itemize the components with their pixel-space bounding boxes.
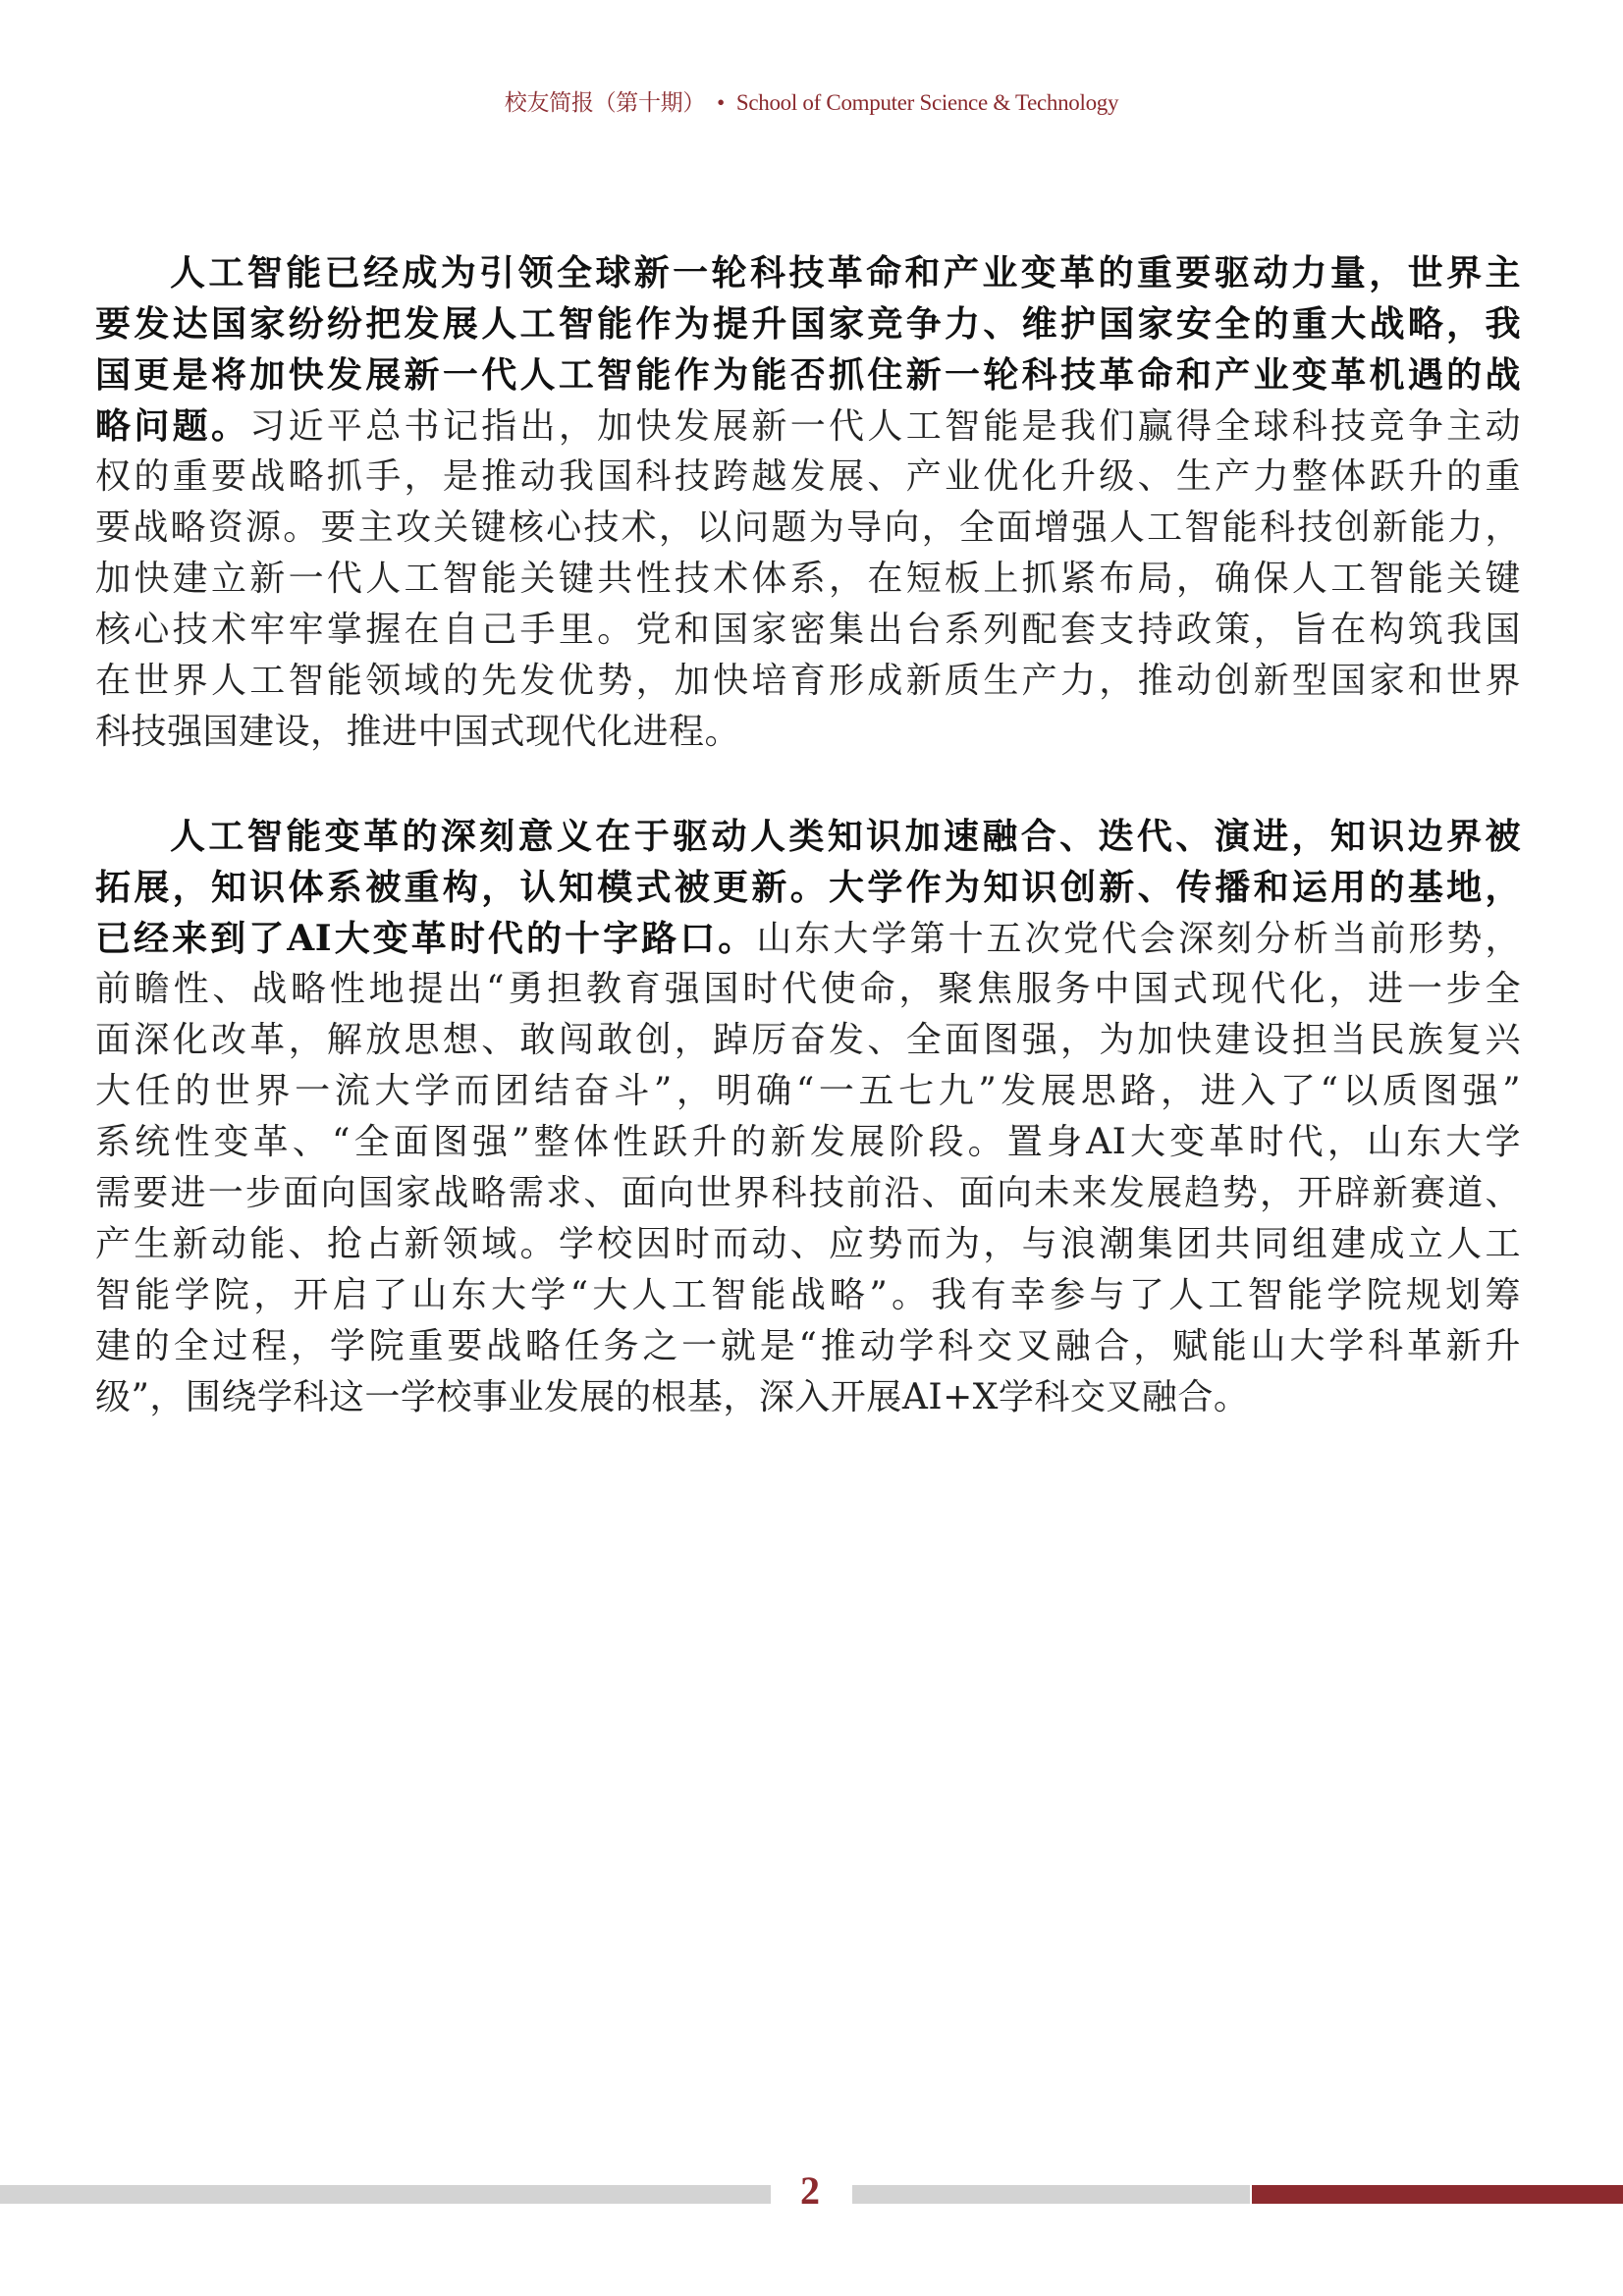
body-text: 科技强国建设，推进中国式现代化进程。: [95, 712, 740, 752]
text-line: 略问题。习近平总书记指出，加快发展新一代人工智能是我们赢得全球科技竞争主动: [95, 400, 1521, 452]
text-line: 要战略资源。要主攻关键核心技术，以问题为导向，全面增强人工智能科技创新能力，: [95, 503, 1521, 554]
body-text: 建的全过程，学院重要战略任务之一就是“推动学科交叉融合，赋能山大学科革新升: [95, 1326, 1521, 1366]
footer-bar-middle: [852, 2185, 1250, 2204]
emphasized-text: 拓展，知识体系被重构，认知模式被更新。大学作为知识创新、传播和运用的基地，: [95, 867, 1521, 908]
footer-bar-left: [0, 2185, 771, 2204]
text-line: 已经来到了AI大变革时代的十字路口。山东大学第十五次党代会深刻分析当前形势，: [95, 913, 1521, 964]
body-text: 加快建立新一代人工智能关键共性技术体系，在短板上抓紧布局，确保人工智能关键: [95, 559, 1521, 599]
emphasized-text: 国更是将加快发展新一代人工智能作为能否抓住新一轮科技革命和产业变革机遇的战: [95, 354, 1521, 396]
text-line: 国更是将加快发展新一代人工智能作为能否抓住新一轮科技革命和产业变革机遇的战: [95, 349, 1521, 400]
emphasized-text: 人工智能已经成为引领全球新一轮科技革命和产业变革的重要驱动力量，世界主: [170, 252, 1521, 294]
text-line: 级”，围绕学科这一学校事业发展的根基，深入开展AI+X学科交叉融合。: [95, 1372, 1521, 1423]
page-footer: 2: [0, 2167, 1623, 2226]
text-line: 拓展，知识体系被重构，认知模式被更新。大学作为知识创新、传播和运用的基地，: [95, 862, 1521, 913]
text-line: 大任的世界一流大学而团结奋斗”，明确“一五七九”发展思路，进入了“以质图强”: [95, 1066, 1521, 1117]
body-text: 面深化改革，解放思想、敢闯敢创，踔厉奋发、全面图强，为加快建设担当民族复兴: [95, 1020, 1521, 1060]
text-line: 建的全过程，学院重要战略任务之一就是“推动学科交叉融合，赋能山大学科革新升: [95, 1321, 1521, 1372]
body-text: 产生新动能、抢占新领域。学校因时而动、应势而为，与浪潮集团共同组建成立人工: [95, 1224, 1521, 1264]
text-line: 智能学院，开启了山东大学“大人工智能战略”。我有幸参与了人工智能学院规划筹: [95, 1270, 1521, 1321]
body-text: 习近平总书记指出，加快发展新一代人工智能是我们赢得全球科技竞争主动: [249, 406, 1521, 447]
body-text: 智能学院，开启了山东大学“大人工智能战略”。我有幸参与了人工智能学院规划筹: [95, 1275, 1521, 1315]
text-line: 需要进一步面向国家战略需求、面向世界科技前沿、面向未来发展趋势，开辟新赛道、: [95, 1168, 1521, 1219]
paragraph: 人工智能变革的深刻意义在于驱动人类知识加速融合、迭代、演进，知识边界被拓展，知识…: [95, 811, 1521, 1423]
publication-title: 校友简报（第十期）: [505, 90, 705, 115]
text-line: 产生新动能、抢占新领域。学校因时而动、应势而为，与浪潮集团共同组建成立人工: [95, 1219, 1521, 1270]
body-text: 山东大学第十五次党代会深刻分析当前形势，: [756, 919, 1521, 959]
text-line: 系统性变革、“全面图强”整体性跃升的新发展阶段。置身AI大变革时代，山东大学: [95, 1117, 1521, 1168]
body-text: 要战略资源。要主攻关键核心技术，以问题为导向，全面增强人工智能科技创新能力，: [95, 507, 1521, 548]
text-line: 核心技术牢牢掌握在自己手里。党和国家密集出台系列配套支持政策，旨在构筑我国: [95, 605, 1521, 656]
text-line: 在世界人工智能领域的先发优势，加快培育形成新质生产力，推动创新型国家和世界: [95, 656, 1521, 707]
emphasized-text: 人工智能变革的深刻意义在于驱动人类知识加速融合、迭代、演进，知识边界被: [170, 816, 1521, 857]
body-text: 在世界人工智能领域的先发优势，加快培育形成新质生产力，推动创新型国家和世界: [95, 661, 1521, 701]
paragraph: 人工智能已经成为引领全球新一轮科技革命和产业变革的重要驱动力量，世界主要发达国家…: [95, 247, 1521, 758]
school-name: School of Computer Science & Technology: [736, 90, 1118, 115]
emphasized-text: 略问题。: [95, 405, 249, 447]
text-line: 面深化改革，解放思想、敢闯敢创，踔厉奋发、全面图强，为加快建设担当民族复兴: [95, 1015, 1521, 1066]
body-text: 权的重要战略抓手，是推动我国科技跨越发展、产业优化升级、生产力整体跃升的重: [95, 456, 1521, 497]
footer-accent-bar: [1252, 2185, 1623, 2204]
body-text: 级”，围绕学科这一学校事业发展的根基，深入开展AI+X学科交叉融合。: [95, 1377, 1249, 1417]
emphasized-text: 已经来到了AI大变革时代的十字路口。: [95, 918, 756, 959]
body-text: 前瞻性、战略性地提出“勇担教育强国时代使命，聚焦服务中国式现代化，进一步全: [95, 969, 1521, 1009]
text-line: 科技强国建设，推进中国式现代化进程。: [95, 707, 1521, 758]
running-header: 校友简报（第十期）•School of Computer Science & T…: [0, 84, 1623, 117]
text-line: 前瞻性、战略性地提出“勇担教育强国时代使命，聚焦服务中国式现代化，进一步全: [95, 964, 1521, 1015]
page-number: 2: [785, 2167, 835, 2215]
header-separator: •: [717, 90, 725, 116]
text-line: 加快建立新一代人工智能关键共性技术体系，在短板上抓紧布局，确保人工智能关键: [95, 554, 1521, 605]
body-text: 大任的世界一流大学而团结奋斗”，明确“一五七九”发展思路，进入了“以质图强”: [95, 1071, 1521, 1111]
text-line: 人工智能变革的深刻意义在于驱动人类知识加速融合、迭代、演进，知识边界被: [95, 811, 1521, 862]
body-text: 系统性变革、“全面图强”整体性跃升的新发展阶段。置身AI大变革时代，山东大学: [95, 1122, 1521, 1162]
body-text: 核心技术牢牢掌握在自己手里。党和国家密集出台系列配套支持政策，旨在构筑我国: [95, 610, 1521, 650]
text-line: 权的重要战略抓手，是推动我国科技跨越发展、产业优化升级、生产力整体跃升的重: [95, 452, 1521, 503]
article-body: 人工智能已经成为引领全球新一轮科技革命和产业变革的重要驱动力量，世界主要发达国家…: [95, 247, 1521, 1423]
body-text: 需要进一步面向国家战略需求、面向世界科技前沿、面向未来发展趋势，开辟新赛道、: [95, 1173, 1521, 1213]
text-line: 人工智能已经成为引领全球新一轮科技革命和产业变革的重要驱动力量，世界主: [95, 247, 1521, 298]
emphasized-text: 要发达国家纷纷把发展人工智能作为提升国家竞争力、维护国家安全的重大战略，我: [95, 303, 1521, 345]
text-line: 要发达国家纷纷把发展人工智能作为提升国家竞争力、维护国家安全的重大战略，我: [95, 298, 1521, 349]
